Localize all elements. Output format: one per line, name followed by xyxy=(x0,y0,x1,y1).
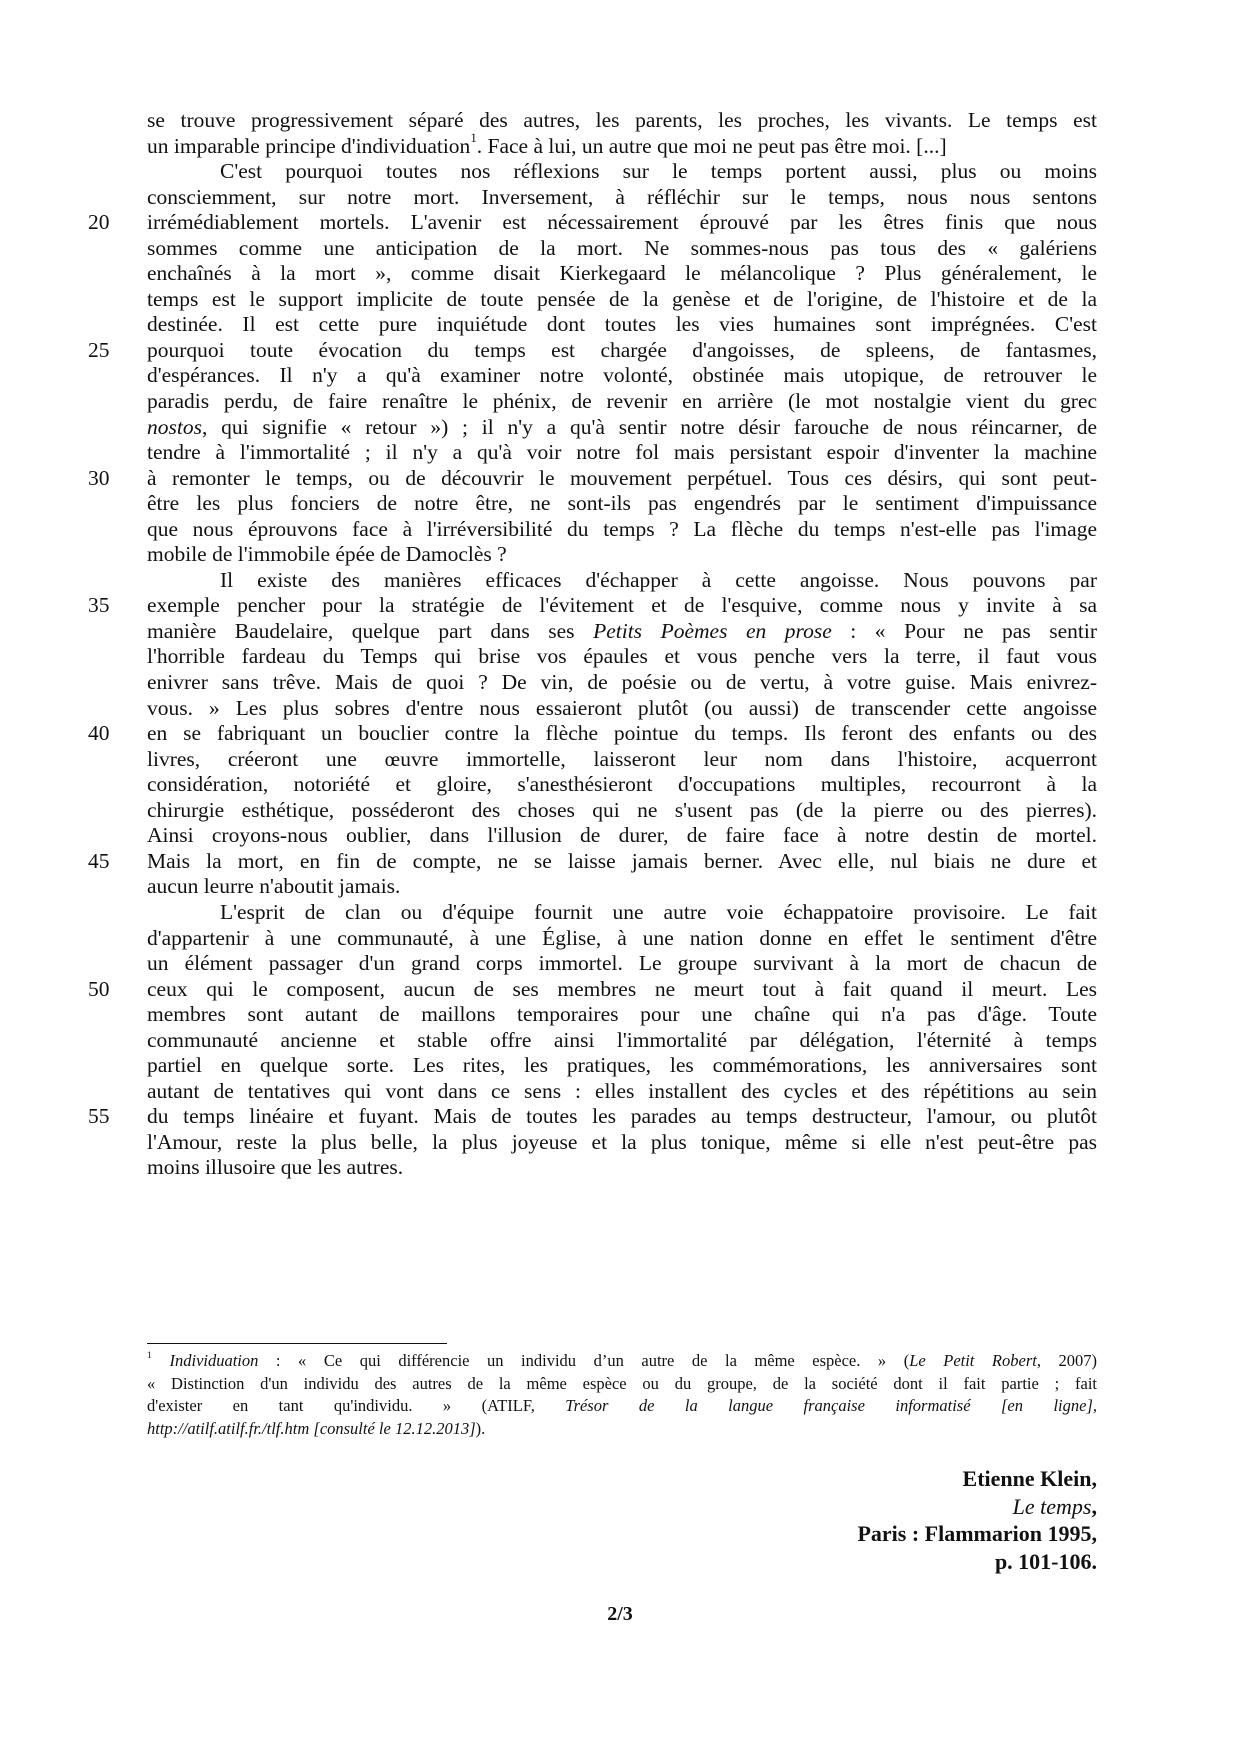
line-number: 35 xyxy=(88,593,128,619)
text-line: nostos, qui signifie « retour ») ; il n'… xyxy=(147,415,1097,441)
page-number: 2/3 xyxy=(590,1603,650,1626)
text-line: que nous éprouvons face à l'irréversibil… xyxy=(147,517,1097,543)
text-line: destinée. Il est cette pure inquiétude d… xyxy=(147,312,1097,338)
text-line: considération, notoriété et gloire, s'an… xyxy=(147,772,1097,798)
footnote-reference[interactable]: 1 xyxy=(470,131,476,145)
text-line: chirurgie esthétique, posséderont des ch… xyxy=(147,798,1097,824)
line-number: 50 xyxy=(88,977,128,1003)
text-line: temps est le support implicite de toute … xyxy=(147,287,1097,313)
citation: Etienne Klein, Le temps, Paris : Flammar… xyxy=(597,1465,1097,1575)
footnote-line-4: http://atilf.atilf.fr./tlf.htm [consulté… xyxy=(147,1418,1097,1441)
text-line: 20irrémédiablement mortels. L'avenir est… xyxy=(147,210,1097,236)
footnote-line-3: d'exister en tant qu'individu. » (ATILF,… xyxy=(147,1395,1097,1418)
footnote-separator xyxy=(147,1343,447,1344)
italic-title: Petits Poèmes en prose xyxy=(593,619,832,643)
footnote-text: d'exister en tant qu'individu. » (ATILF, xyxy=(147,1396,565,1415)
footnote-term: Individuation xyxy=(169,1351,258,1370)
text-line: partiel en quelque sorte. Les rites, les… xyxy=(147,1053,1097,1079)
document-page: se trouve progressivement séparé des aut… xyxy=(0,0,1240,1754)
text-line: membres sont autant de maillons temporai… xyxy=(147,1002,1097,1028)
line-number: 40 xyxy=(88,721,128,747)
text-line: tendre à l'immortalité ; il n'y a qu'à v… xyxy=(147,440,1097,466)
text-line: 50ceux qui le composent, aucun de ses me… xyxy=(147,977,1097,1003)
citation-publisher: Paris : Flammarion 1995, xyxy=(597,1520,1097,1548)
text-line: L'esprit de clan ou d'équipe fournit une… xyxy=(147,900,1097,926)
footnote-text: : « Ce qui différencie un individu d’un … xyxy=(258,1351,909,1370)
text-line: 35exemple pencher pour la stratégie de l… xyxy=(147,593,1097,619)
footnote-source: Le Petit Robert xyxy=(909,1351,1037,1370)
citation-title: Le temps xyxy=(1013,1494,1092,1519)
line-number: 45 xyxy=(88,849,128,875)
text-line: 30à remonter le temps, ou de découvrir l… xyxy=(147,466,1097,492)
citation-author: Etienne Klein, xyxy=(597,1465,1097,1493)
text-line: mobile de l'immobile épée de Damoclès ? xyxy=(147,542,1097,568)
text-line: livres, créeront une œuvre immortelle, l… xyxy=(147,747,1097,773)
text-line: enchaînés à la mort », comme disait Kier… xyxy=(147,261,1097,287)
line-number: 55 xyxy=(88,1104,128,1130)
text-line: l'Amour, reste la plus belle, la plus jo… xyxy=(147,1130,1097,1156)
line-number: 25 xyxy=(88,338,128,364)
text-line: paradis perdu, de faire renaître le phén… xyxy=(147,389,1097,415)
text-line: l'horrible fardeau du Temps qui brise vo… xyxy=(147,644,1097,670)
italic-title: nostos xyxy=(147,415,202,439)
text-line: 45Mais la mort, en fin de compte, ne se … xyxy=(147,849,1097,875)
citation-pages: p. 101-106. xyxy=(597,1548,1097,1576)
text-line: vous. » Les plus sobres d'entre nous ess… xyxy=(147,696,1097,722)
text-line: se trouve progressivement séparé des aut… xyxy=(147,108,1097,134)
text-line: sommes comme une anticipation de la mort… xyxy=(147,236,1097,262)
text-line: moins illusoire que les autres. xyxy=(147,1155,1097,1181)
footnote-line-2: « Distinction d'un individu des autres d… xyxy=(147,1373,1097,1396)
text-line: communauté ancienne et stable offre ains… xyxy=(147,1028,1097,1054)
footnote-source: Trésor de la langue française informatis… xyxy=(565,1396,1097,1415)
text-line: Il existe des manières efficaces d'échap… xyxy=(147,568,1097,594)
text-line: être les plus fonciers de notre être, ne… xyxy=(147,491,1097,517)
footnote-text: ). xyxy=(476,1419,486,1438)
text-line: un élément passager d'un grand corps imm… xyxy=(147,951,1097,977)
text-line: d'appartenir à une communauté, à une Égl… xyxy=(147,926,1097,952)
line-number: 20 xyxy=(88,210,128,236)
text-line: consciemment, sur notre mort. Inversemen… xyxy=(147,185,1097,211)
line-number: 30 xyxy=(88,466,128,492)
body-text: se trouve progressivement séparé des aut… xyxy=(147,108,1097,1181)
text-line: 25pourquoi toute évocation du temps est … xyxy=(147,338,1097,364)
footnote: 1 Individuation : « Ce qui différencie u… xyxy=(147,1350,1097,1440)
text-line: 40en se fabriquant un bouclier contre la… xyxy=(147,721,1097,747)
citation-title-suffix: , xyxy=(1092,1494,1098,1519)
text-line: autant de tentatives qui vont dans ce se… xyxy=(147,1079,1097,1105)
citation-title-line: Le temps, xyxy=(597,1493,1097,1521)
text-line: C'est pourquoi toutes nos réflexions sur… xyxy=(147,159,1097,185)
text-line: Ainsi croyons-nous oublier, dans l'illus… xyxy=(147,823,1097,849)
text-line: manière Baudelaire, quelque part dans se… xyxy=(147,619,1097,645)
footnote-marker: 1 xyxy=(147,1350,152,1361)
text-line: d'espérances. Il n'y a qu'à examiner not… xyxy=(147,363,1097,389)
footnote-line-1: 1 Individuation : « Ce qui différencie u… xyxy=(147,1350,1097,1373)
text-line: aucun leurre n'aboutit jamais. xyxy=(147,874,1097,900)
footnote-text: , 2007) xyxy=(1037,1351,1097,1370)
text-line: enivrer sans trêve. Mais de quoi ? De vi… xyxy=(147,670,1097,696)
text-line: 55du temps linéaire et fuyant. Mais de t… xyxy=(147,1104,1097,1130)
text-line: un imparable principe d'individuation1. … xyxy=(147,134,1097,160)
footnote-url: http://atilf.atilf.fr./tlf.htm [consulté… xyxy=(147,1419,476,1438)
